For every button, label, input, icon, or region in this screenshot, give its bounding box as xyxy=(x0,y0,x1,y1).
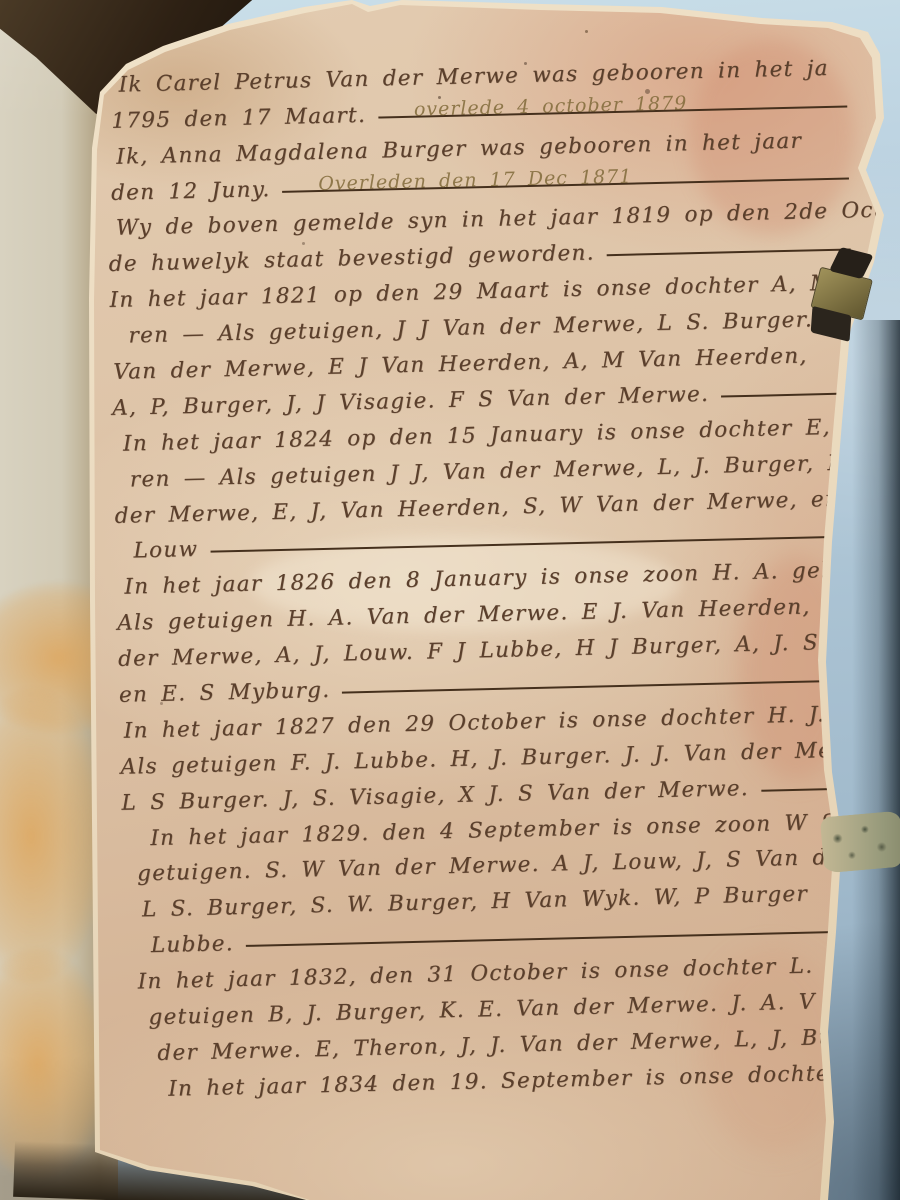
handwriting-text: Lubbe. xyxy=(151,931,235,958)
book-edge-shadow xyxy=(852,320,900,1200)
handwriting-text: en E. S Myburg. xyxy=(119,678,331,708)
handwriting-layer: Ik Carel Petrus Van der Merwe was geboor… xyxy=(104,44,888,1102)
handwriting-text: den 12 Juny. xyxy=(111,177,271,206)
ink-rule xyxy=(721,392,854,397)
leather-strap xyxy=(820,811,900,874)
faded-note: overlede 4 october 1879 xyxy=(414,92,688,120)
register-page: Ik Carel Petrus Van der Merwe was geboor… xyxy=(0,0,900,1200)
glue-stain xyxy=(0,688,106,984)
ink-rule: overlede 4 october 1879 xyxy=(378,105,847,118)
faded-note: Overleden den 17 Dec 1871 xyxy=(318,165,632,194)
handwriting-text: Louw xyxy=(133,537,198,564)
